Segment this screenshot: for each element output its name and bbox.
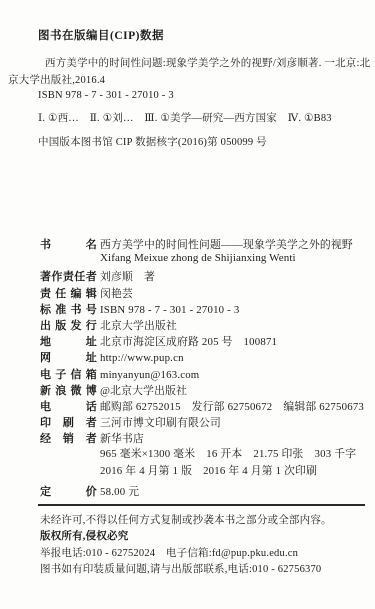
colophon-row-phone: 电话 邮购部 62752015 发行部 62750672 编辑部 6275067… <box>40 398 375 414</box>
colophon-row-printer: 印刷者 三河市博文印刷有限公司 <box>40 414 375 430</box>
book-copyright-page: 图书在版编目(CIP)数据 西方美学中的时间性问题:现象学美学之外的视野/刘彦顺… <box>0 0 375 609</box>
colophon-row-email: 电子信箱 minyanyun@163.com <box>40 366 375 382</box>
colophon-row-price: 定价 58.00 元 <box>40 483 375 499</box>
row-value: Xifang Meixue zhong de Shijianxing Wenti <box>100 252 296 264</box>
row-label: 书名 <box>40 236 97 252</box>
row-value: 刘彦顺 著 <box>100 269 155 284</box>
row-label: 经销者 <box>40 430 97 446</box>
notice-report-contact: 举报电话:010 - 62752024 电子信箱:fd@pup.pku.edu.… <box>40 546 367 562</box>
colophon-row-author: 著作责任者 刘彦顺 著 <box>40 268 375 284</box>
colophon-row-isbn: 标准书号 ISBN 978 - 7 - 301 - 27010 - 3 <box>40 301 375 317</box>
cip-description-line2: 京大学出版社,2016.4 <box>8 72 105 87</box>
colophon-block: 书名 西方美学中的时间性问题——现象学美学之外的视野 Xifang Meixue… <box>40 236 375 499</box>
row-value: 闵艳芸 <box>100 286 133 301</box>
row-label: 标准书号 <box>40 301 97 317</box>
cip-isbn: ISBN 978 - 7 - 301 - 27010 - 3 <box>38 90 174 101</box>
row-value: 新华书店 <box>100 431 144 446</box>
row-value: @北京大学出版社 <box>100 383 187 398</box>
row-label: 电子信箱 <box>40 366 97 382</box>
colophon-row-editor: 责任编辑 闵艳芸 <box>40 285 375 301</box>
row-value: 三河市博文印刷有限公司 <box>100 415 221 430</box>
row-value: 2016 年 4 月第 1 版 2016 年 4 月第 1 次印刷 <box>100 463 317 478</box>
row-value: 北京市海淀区成府路 205 号 100871 <box>100 334 277 349</box>
cip-record-number: 中国版本图书馆 CIP 数据核字(2016)第 050099 号 <box>38 134 267 149</box>
row-label: 网址 <box>40 349 97 365</box>
colophon-row-weibo: 新浪微博 @北京大学出版社 <box>40 382 375 398</box>
colophon-row-edition: 2016 年 4 月第 1 版 2016 年 4 月第 1 次印刷 <box>40 463 375 479</box>
colophon-row-title: 书名 西方美学中的时间性问题——现象学美学之外的视野 <box>40 236 375 252</box>
colophon-row-pinyin: Xifang Meixue zhong de Shijianxing Wenti <box>40 252 375 268</box>
cip-description-line1: 西方美学中的时间性问题:现象学美学之外的视野/刘彦顺著. 一北京:北 <box>45 55 370 70</box>
row-label: 出版发行 <box>40 317 97 333</box>
colophon-row-distributor: 经销者 新华书店 <box>40 430 375 446</box>
notice-no-copy: 未经许可,不得以任何方式复制或抄袭本书之部分或全部内容。 <box>40 513 367 529</box>
notice-quality-contact: 图书如有印装质量问题,请与出版部联系,电话:010 - 62756370 <box>40 562 367 578</box>
row-label: 责任编辑 <box>40 285 97 301</box>
row-value: http://www.pup.cn <box>100 352 184 364</box>
row-label: 定价 <box>40 483 97 499</box>
row-value: 58.00 元 <box>100 484 139 499</box>
row-label: 新浪微博 <box>40 382 97 398</box>
copyright-notice-block: 未经许可,不得以任何方式复制或抄袭本书之部分或全部内容。 版权所有,侵权必究 举… <box>40 513 367 579</box>
row-label: 地址 <box>40 333 97 349</box>
row-value: 西方美学中的时间性问题——现象学美学之外的视野 <box>100 237 353 252</box>
row-value: 邮购部 62752015 发行部 62750672 编辑部 62750673 <box>100 399 364 414</box>
row-label: 电话 <box>40 398 97 414</box>
row-value: 965 毫米×1300 毫米 16 开本 21.75 印张 303 千字 <box>100 446 356 461</box>
row-label: 印刷者 <box>40 414 97 430</box>
row-label: 著作责任者 <box>40 268 97 284</box>
colophon-row-address: 地址 北京市海淀区成府路 205 号 100871 <box>40 333 375 349</box>
colophon-row-format: 965 毫米×1300 毫米 16 开本 21.75 印张 303 千字 <box>40 446 375 462</box>
notice-rights-reserved: 版权所有,侵权必究 <box>40 529 367 545</box>
row-value: minyanyun@163.com <box>100 369 199 381</box>
row-value: 北京大学出版社 <box>100 318 177 333</box>
cip-heading: 图书在版编目(CIP)数据 <box>38 27 164 43</box>
row-value: ISBN 978 - 7 - 301 - 27010 - 3 <box>100 304 239 316</box>
divider-rule <box>38 504 365 506</box>
colophon-row-publisher: 出版发行 北京大学出版社 <box>40 317 375 333</box>
colophon-row-website: 网址 http://www.pup.cn <box>40 349 375 365</box>
cip-classification: Ⅰ. ①西… Ⅱ. ①刘… Ⅲ. ①美学—研究—西方国家 Ⅳ. ①B83 <box>38 110 332 125</box>
